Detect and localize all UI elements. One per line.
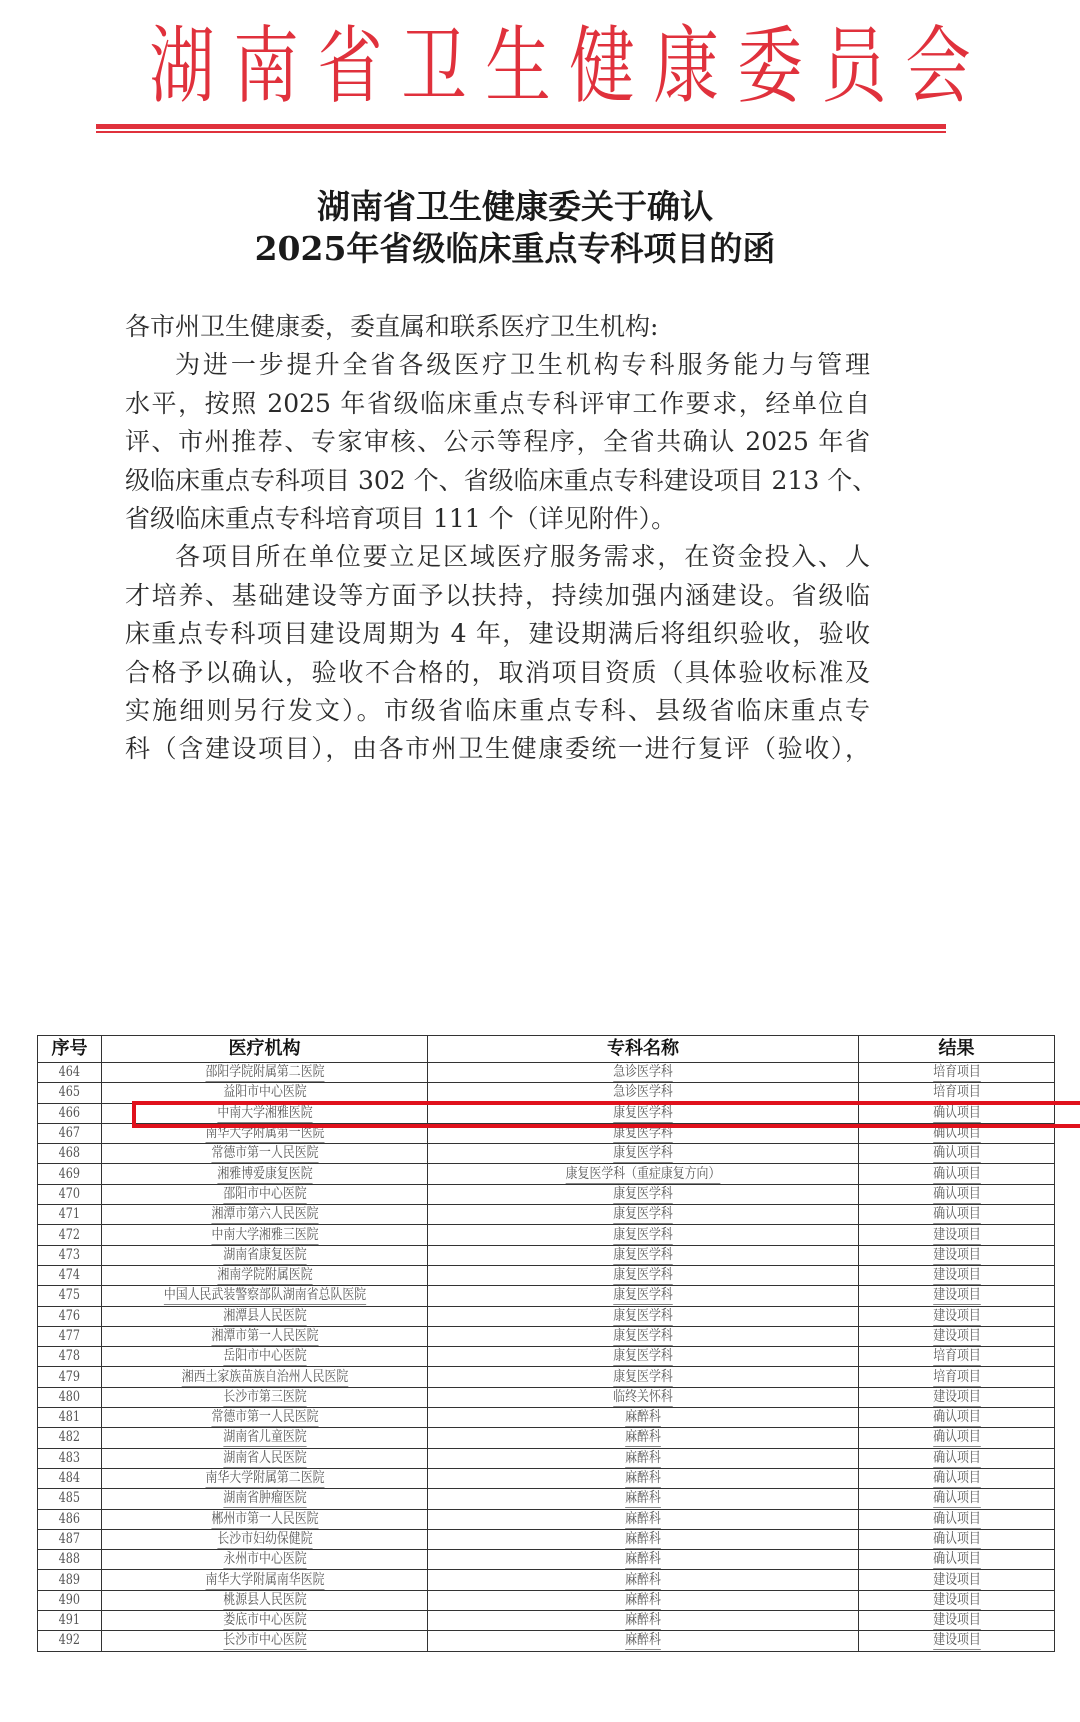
row-institution: 中南大学湘雅医院 [217,1105,312,1123]
row-result-cell: 建设项目 [859,1590,1055,1610]
row-index-cell: 467 [38,1123,102,1143]
row-institution: 南华大学附属第一医院 [205,1125,324,1143]
table-row: 488永州市中心医院麻醉科确认项目 [38,1550,1055,1570]
row-specialty: 麻醉科 [625,1511,661,1529]
table-row: 465益阳市中心医院急诊医学科培育项目 [38,1083,1055,1103]
row-result-cell: 建设项目 [859,1611,1055,1631]
row-institution-cell: 湘潭市第六人民医院 [102,1205,428,1225]
table-row: 490桃源县人民医院麻醉科建设项目 [38,1590,1055,1610]
row-index-cell: 480 [38,1387,102,1407]
row-specialty-cell: 麻醉科 [428,1550,859,1570]
row-specialty: 麻醉科 [625,1632,661,1650]
row-specialty-cell: 康复医学科 [428,1225,859,1245]
row-specialty: 康复医学科 [613,1328,673,1346]
row-index-cell: 479 [38,1367,102,1387]
row-institution-cell: 南华大学附属第二医院 [102,1468,428,1488]
table-row: 466中南大学湘雅医院康复医学科确认项目 [38,1103,1055,1123]
body-line: 才培养、基础建设等方面予以扶持，持续加强内涵建设。省级临 [125,577,870,615]
table-row: 489南华大学附属南华医院麻醉科建设项目 [38,1570,1055,1590]
row-institution: 长沙市妇幼保健院 [217,1531,312,1549]
row-specialty: 康复医学科 [613,1206,673,1224]
row-specialty-cell: 急诊医学科 [428,1083,859,1103]
row-specialty-cell: 康复医学科 [428,1326,859,1346]
row-result-cell: 确认项目 [859,1529,1055,1549]
table-row: 481常德市第一人民医院麻醉科确认项目 [38,1408,1055,1428]
row-result-cell: 培育项目 [859,1367,1055,1387]
row-specialty: 麻醉科 [625,1551,661,1569]
row-institution-cell: 湖南省康复医院 [102,1245,428,1265]
row-result-cell: 确认项目 [859,1550,1055,1570]
row-institution: 湖南省肿瘤医院 [223,1490,306,1508]
row-institution: 常德市第一人民医院 [211,1145,318,1163]
table-row: 487长沙市妇幼保健院麻醉科确认项目 [38,1529,1055,1549]
row-result: 建设项目 [933,1328,981,1346]
row-index: 488 [59,1551,80,1568]
row-specialty: 康复医学科 [613,1308,673,1326]
row-institution-cell: 桃源县人民医院 [102,1590,428,1610]
table-row: 472中南大学湘雅三医院康复医学科建设项目 [38,1225,1055,1245]
table-body: 464邵阳学院附属第二医院急诊医学科培育项目465益阳市中心医院急诊医学科培育项… [38,1063,1055,1652]
document-title-line-2: 2025年省级临床重点专科项目的函 [0,228,1030,270]
row-index: 479 [59,1369,80,1386]
row-institution: 湘潭市第六人民医院 [211,1206,318,1224]
row-index-cell: 484 [38,1468,102,1488]
row-institution-cell: 湖南省肿瘤医院 [102,1489,428,1509]
table-row: 477湘潭市第一人民医院康复医学科建设项目 [38,1326,1055,1346]
row-index: 474 [59,1267,80,1284]
body-line: 评、市州推荐、专家审核、公示等程序，全省共确认 2025 年省 [125,423,870,461]
row-index: 469 [59,1166,80,1183]
table-row: 474湘南学院附属医院康复医学科建设项目 [38,1265,1055,1285]
header-result: 结果 [859,1036,1055,1063]
row-index-cell: 474 [38,1265,102,1285]
row-result-cell: 确认项目 [859,1103,1055,1123]
table-row: 470邵阳市中心医院康复医学科确认项目 [38,1184,1055,1204]
row-index-cell: 477 [38,1326,102,1346]
row-index-cell: 490 [38,1590,102,1610]
row-result: 建设项目 [933,1227,981,1245]
row-institution: 湖南省人民医院 [223,1450,306,1468]
body-line: 各项目所在单位要立足区域医疗服务需求，在资金投入、人 [125,538,870,576]
row-specialty-cell: 麻醉科 [428,1408,859,1428]
letterhead-char: 会 [905,12,971,120]
row-institution: 长沙市中心医院 [223,1632,306,1650]
row-index: 476 [59,1308,80,1325]
row-result-cell: 培育项目 [859,1083,1055,1103]
row-institution-cell: 郴州市第一人民医院 [102,1509,428,1529]
row-result-cell: 培育项目 [859,1063,1055,1083]
row-index: 492 [59,1632,80,1649]
table-row: 475中国人民武装警察部队湖南省总队医院康复医学科建设项目 [38,1286,1055,1306]
row-specialty: 康复医学科 [613,1247,673,1265]
row-result-cell: 建设项目 [859,1286,1055,1306]
row-specialty: 临终关怀科 [613,1389,673,1407]
row-index: 475 [59,1287,80,1304]
table-row: 467南华大学附属第一医院康复医学科确认项目 [38,1123,1055,1143]
row-result: 确认项目 [933,1105,981,1123]
row-result: 建设项目 [933,1632,981,1650]
body-line: 床重点专科项目建设周期为 4 年，建设期满后将组织验收，验收 [125,615,870,653]
header-specialty: 专科名称 [428,1036,859,1063]
row-result-cell: 确认项目 [859,1489,1055,1509]
row-institution: 岳阳市中心医院 [223,1348,306,1366]
row-index: 466 [59,1105,80,1122]
row-result: 确认项目 [933,1186,981,1204]
row-institution: 桃源县人民医院 [223,1592,306,1610]
table-row: 476湘潭县人民医院康复医学科建设项目 [38,1306,1055,1326]
row-specialty-cell: 麻醉科 [428,1590,859,1610]
row-institution-cell: 湘雅博爱康复医院 [102,1164,428,1184]
row-specialty-cell: 麻醉科 [428,1428,859,1448]
row-result: 确认项目 [933,1490,981,1508]
row-index-cell: 476 [38,1306,102,1326]
row-result-cell: 确认项目 [859,1164,1055,1184]
table-row: 483湖南省人民医院麻醉科确认项目 [38,1448,1055,1468]
row-index-cell: 487 [38,1529,102,1549]
row-index-cell: 470 [38,1184,102,1204]
row-institution: 南华大学附属第二医院 [205,1470,324,1488]
row-institution-cell: 邵阳学院附属第二医院 [102,1063,428,1083]
row-result-cell: 确认项目 [859,1144,1055,1164]
row-result-cell: 建设项目 [859,1225,1055,1245]
row-index-cell: 464 [38,1063,102,1083]
row-specialty-cell: 麻醉科 [428,1489,859,1509]
row-index: 487 [59,1531,80,1548]
row-specialty: 麻醉科 [625,1612,661,1630]
row-specialty: 麻醉科 [625,1490,661,1508]
row-institution-cell: 中南大学湘雅三医院 [102,1225,428,1245]
row-specialty: 康复医学科 [613,1227,673,1245]
row-institution: 益阳市中心医院 [223,1084,306,1102]
row-index: 484 [59,1470,80,1487]
row-index: 482 [59,1429,80,1446]
row-index-cell: 483 [38,1448,102,1468]
row-index: 485 [59,1490,80,1507]
row-institution: 中南大学湘雅三医院 [211,1227,318,1245]
row-index: 480 [59,1389,80,1406]
table-row: 492长沙市中心医院麻醉科建设项目 [38,1631,1055,1651]
row-result: 确认项目 [933,1125,981,1143]
letterhead-divider-thick [96,124,946,129]
row-institution-cell: 湘潭县人民医院 [102,1306,428,1326]
row-index-cell: 468 [38,1144,102,1164]
row-index-cell: 478 [38,1347,102,1367]
letterhead-divider-thin [96,131,946,133]
row-result: 确认项目 [933,1409,981,1427]
row-institution-cell: 长沙市第三医院 [102,1387,428,1407]
letterhead-char: 卫 [401,12,467,120]
row-specialty: 康复医学科 [613,1348,673,1366]
row-result: 建设项目 [933,1572,981,1590]
row-index-cell: 482 [38,1428,102,1448]
row-result: 建设项目 [933,1247,981,1265]
row-institution: 南华大学附属南华医院 [205,1572,324,1590]
row-index: 490 [59,1592,80,1609]
document-title-line-1: 湖南省卫生健康委关于确认 [0,186,1030,228]
table-row: 464邵阳学院附属第二医院急诊医学科培育项目 [38,1063,1055,1083]
row-index: 473 [59,1247,80,1264]
row-result-cell: 建设项目 [859,1631,1055,1651]
row-specialty: 康复医学科 [613,1287,673,1305]
table-row: 468常德市第一人民医院康复医学科确认项目 [38,1144,1055,1164]
row-institution: 邵阳市中心医院 [223,1186,306,1204]
row-index: 470 [59,1186,80,1203]
row-index: 467 [59,1125,80,1142]
row-specialty: 麻醉科 [625,1572,661,1590]
row-index-cell: 481 [38,1408,102,1428]
row-specialty: 康复医学科 [613,1105,673,1123]
table-row: 484南华大学附属第二医院麻醉科确认项目 [38,1468,1055,1488]
row-result: 确认项目 [933,1206,981,1224]
row-result: 培育项目 [933,1348,981,1366]
row-institution-cell: 中国人民武装警察部队湖南省总队医院 [102,1286,428,1306]
document-body: 各市州卫生健康委，委直属和联系医疗卫生机构: 为进一步提升全省各级医疗卫生机构专… [125,308,870,769]
row-index-cell: 475 [38,1286,102,1306]
table-row: 491娄底市中心医院麻醉科建设项目 [38,1611,1055,1631]
row-result-cell: 建设项目 [859,1326,1055,1346]
row-institution-cell: 常德市第一人民医院 [102,1408,428,1428]
row-institution: 中国人民武装警察部队湖南省总队医院 [163,1287,365,1305]
row-result: 确认项目 [933,1429,981,1447]
row-institution-cell: 长沙市中心医院 [102,1631,428,1651]
row-specialty: 麻醉科 [625,1531,661,1549]
row-result-cell: 确认项目 [859,1448,1055,1468]
table-row: 469湘雅博爱康复医院康复医学科（重症康复方向）确认项目 [38,1164,1055,1184]
row-result-cell: 建设项目 [859,1265,1055,1285]
row-specialty-cell: 麻醉科 [428,1468,859,1488]
row-specialty-cell: 康复医学科 [428,1286,859,1306]
row-index: 464 [59,1064,80,1081]
row-specialty-cell: 麻醉科 [428,1529,859,1549]
salutation: 各市州卫生健康委，委直属和联系医疗卫生机构: [125,308,870,346]
row-specialty-cell: 康复医学科 [428,1184,859,1204]
row-specialty: 康复医学科 [613,1186,673,1204]
row-result-cell: 确认项目 [859,1408,1055,1428]
row-index: 468 [59,1145,80,1162]
row-result-cell: 建设项目 [859,1570,1055,1590]
row-result: 确认项目 [933,1470,981,1488]
row-institution: 湘雅博爱康复医院 [217,1166,312,1184]
row-specialty: 麻醉科 [625,1470,661,1488]
header-index: 序号 [38,1036,102,1063]
row-institution-cell: 湖南省人民医院 [102,1448,428,1468]
row-index-cell: 486 [38,1509,102,1529]
row-result-cell: 确认项目 [859,1428,1055,1448]
row-specialty-cell: 康复医学科 [428,1123,859,1143]
row-specialty-cell: 康复医学科（重症康复方向） [428,1164,859,1184]
letterhead-char: 省 [317,12,383,120]
letterhead-char: 员 [821,12,887,120]
row-specialty-cell: 麻醉科 [428,1611,859,1631]
row-specialty-cell: 麻醉科 [428,1509,859,1529]
letterhead-char: 委 [737,12,803,120]
row-result: 建设项目 [933,1287,981,1305]
row-specialty: 急诊医学科 [613,1064,673,1082]
row-index: 491 [59,1612,80,1629]
row-result-cell: 确认项目 [859,1205,1055,1225]
row-index-cell: 489 [38,1570,102,1590]
row-result-cell: 确认项目 [859,1468,1055,1488]
row-institution: 郴州市第一人民医院 [211,1511,318,1529]
row-specialty: 康复医学科 [613,1145,673,1163]
letterhead-char: 康 [653,12,719,120]
row-index: 489 [59,1572,80,1589]
row-result: 培育项目 [933,1084,981,1102]
letterhead-char: 生 [485,12,551,120]
body-line: 级临床重点专科项目 302 个、省级临床重点专科建设项目 213 个、 [125,462,870,500]
row-index-cell: 466 [38,1103,102,1123]
table-header-row: 序号 医疗机构 专科名称 结果 [38,1036,1055,1063]
row-result-cell: 确认项目 [859,1509,1055,1529]
row-index: 486 [59,1511,80,1528]
body-line: 水平，按照 2025 年省级临床重点专科评审工作要求，经单位自 [125,385,870,423]
row-institution: 湘南学院附属医院 [217,1267,312,1285]
row-institution: 长沙市第三医院 [223,1389,306,1407]
body-line: 科（含建设项目），由各市州卫生健康委统一进行复评（验收）， [125,730,870,768]
row-result: 建设项目 [933,1612,981,1630]
row-institution-cell: 湘潭市第一人民医院 [102,1326,428,1346]
table-row: 479湘西土家族苗族自治州人民医院康复医学科培育项目 [38,1367,1055,1387]
row-result-cell: 建设项目 [859,1387,1055,1407]
row-index-cell: 492 [38,1631,102,1651]
row-index-cell: 465 [38,1083,102,1103]
letterhead: 湖 南 省 卫 生 健 康 委 员 会 [140,12,940,120]
row-specialty: 急诊医学科 [613,1084,673,1102]
row-institution-cell: 南华大学附属第一医院 [102,1123,428,1143]
row-institution-cell: 湘西土家族苗族自治州人民医院 [102,1367,428,1387]
row-result-cell: 确认项目 [859,1123,1055,1143]
row-result: 培育项目 [933,1064,981,1082]
row-specialty-cell: 康复医学科 [428,1306,859,1326]
row-result-cell: 建设项目 [859,1245,1055,1265]
row-result-cell: 确认项目 [859,1184,1055,1204]
table-row: 480长沙市第三医院临终关怀科建设项目 [38,1387,1055,1407]
row-specialty-cell: 康复医学科 [428,1205,859,1225]
row-specialty-cell: 康复医学科 [428,1144,859,1164]
row-specialty: 康复医学科（重症康复方向） [566,1166,721,1184]
row-result: 建设项目 [933,1592,981,1610]
row-institution-cell: 永州市中心医院 [102,1550,428,1570]
row-index: 472 [59,1227,80,1244]
row-index: 478 [59,1348,80,1365]
row-institution: 邵阳学院附属第二医院 [205,1064,324,1082]
row-institution-cell: 南华大学附属南华医院 [102,1570,428,1590]
row-index-cell: 473 [38,1245,102,1265]
letterhead-char: 健 [569,12,635,120]
table-row: 471湘潭市第六人民医院康复医学科确认项目 [38,1205,1055,1225]
row-index: 481 [59,1409,80,1426]
row-index: 483 [59,1450,80,1467]
row-institution-cell: 益阳市中心医院 [102,1083,428,1103]
row-specialty: 麻醉科 [625,1450,661,1468]
row-index-cell: 472 [38,1225,102,1245]
row-result: 建设项目 [933,1389,981,1407]
row-index: 471 [59,1206,80,1223]
row-result: 培育项目 [933,1369,981,1387]
row-institution-cell: 湖南省儿童医院 [102,1428,428,1448]
row-specialty-cell: 麻醉科 [428,1631,859,1651]
row-institution: 永州市中心医院 [223,1551,306,1569]
row-specialty: 康复医学科 [613,1125,673,1143]
row-result: 确认项目 [933,1511,981,1529]
row-index-cell: 485 [38,1489,102,1509]
row-institution: 湘西土家族苗族自治州人民医院 [181,1369,348,1387]
row-specialty: 麻醉科 [625,1592,661,1610]
row-institution: 湖南省康复医院 [223,1247,306,1265]
row-specialty: 麻醉科 [625,1429,661,1447]
table-row: 482湖南省儿童医院麻醉科确认项目 [38,1428,1055,1448]
row-specialty: 康复医学科 [613,1267,673,1285]
body-line: 实施细则另行发文）。市级省临床重点专科、县级省临床重点专 [125,692,870,730]
row-institution-cell: 岳阳市中心医院 [102,1347,428,1367]
row-specialty-cell: 康复医学科 [428,1265,859,1285]
row-result: 确认项目 [933,1166,981,1184]
row-specialty-cell: 康复医学科 [428,1245,859,1265]
row-specialty-cell: 康复医学科 [428,1347,859,1367]
row-institution: 娄底市中心医院 [223,1612,306,1630]
row-result: 确认项目 [933,1531,981,1549]
table-row: 478岳阳市中心医院康复医学科培育项目 [38,1347,1055,1367]
row-specialty-cell: 康复医学科 [428,1103,859,1123]
row-institution-cell: 娄底市中心医院 [102,1611,428,1631]
row-result: 确认项目 [933,1551,981,1569]
body-line: 为进一步提升全省各级医疗卫生机构专科服务能力与管理 [125,346,870,384]
table-row: 486郴州市第一人民医院麻醉科确认项目 [38,1509,1055,1529]
row-index-cell: 491 [38,1611,102,1631]
row-index: 477 [59,1328,80,1345]
row-index-cell: 488 [38,1550,102,1570]
body-line: 合格予以确认，验收不合格的，取消项目资质（具体验收标准及 [125,654,870,692]
row-result-cell: 建设项目 [859,1306,1055,1326]
table-row: 485湖南省肿瘤医院麻醉科确认项目 [38,1489,1055,1509]
row-institution-cell: 中南大学湘雅医院 [102,1103,428,1123]
row-specialty-cell: 急诊医学科 [428,1063,859,1083]
row-result-cell: 培育项目 [859,1347,1055,1367]
row-index: 465 [59,1084,80,1101]
row-specialty-cell: 临终关怀科 [428,1387,859,1407]
row-institution-cell: 长沙市妇幼保健院 [102,1529,428,1549]
row-index-cell: 469 [38,1164,102,1184]
row-specialty-cell: 麻醉科 [428,1448,859,1468]
row-institution: 湘潭县人民医院 [223,1308,306,1326]
letterhead-char: 湖 [149,12,215,120]
row-result: 建设项目 [933,1267,981,1285]
row-specialty: 麻醉科 [625,1409,661,1427]
row-specialty-cell: 康复医学科 [428,1367,859,1387]
body-line: 省级临床重点专科培育项目 111 个（详见附件）。 [125,500,870,538]
row-institution-cell: 常德市第一人民医院 [102,1144,428,1164]
row-result: 建设项目 [933,1308,981,1326]
row-specialty: 康复医学科 [613,1369,673,1387]
row-specialty-cell: 麻醉科 [428,1570,859,1590]
row-institution: 常德市第一人民医院 [211,1409,318,1427]
row-result: 确认项目 [933,1450,981,1468]
header-institution: 医疗机构 [102,1036,428,1063]
letterhead-char: 南 [233,12,299,120]
row-institution: 湖南省儿童医院 [223,1429,306,1447]
row-institution-cell: 湘南学院附属医院 [102,1265,428,1285]
table-row: 473湖南省康复医院康复医学科建设项目 [38,1245,1055,1265]
row-institution: 湘潭市第一人民医院 [211,1328,318,1346]
row-result: 确认项目 [933,1145,981,1163]
specialty-table: 序号 医疗机构 专科名称 结果 464邵阳学院附属第二医院急诊医学科培育项目46… [37,1035,1055,1652]
row-index-cell: 471 [38,1205,102,1225]
row-institution-cell: 邵阳市中心医院 [102,1184,428,1204]
